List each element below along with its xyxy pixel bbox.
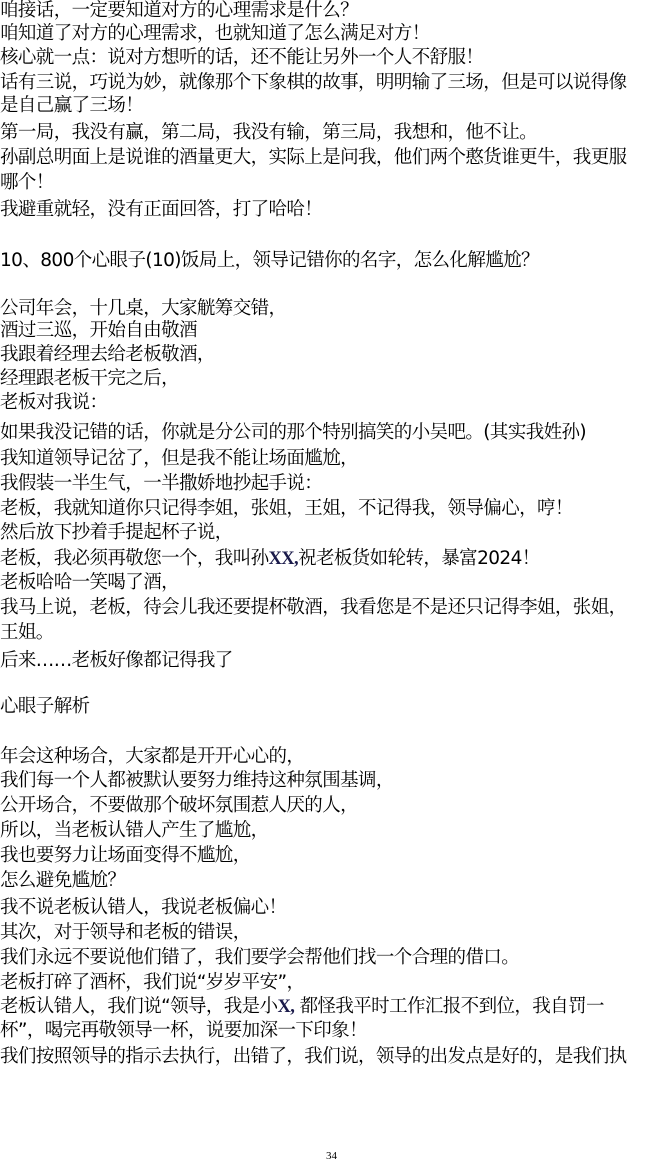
text-line: 第一局，我没有赢，第二局，我没有输，第三局，我想和，他不让。	[0, 122, 537, 144]
story-line: 老板对我说：	[0, 392, 107, 414]
story-line: 我跟着经理去给老板敬酒，	[0, 344, 215, 366]
toast-line-before: 老板，我必须再敬您一个，我叫孙	[0, 548, 269, 569]
story-line: 酒过三巡，开始自由敬酒	[0, 320, 197, 342]
analysis-line: 我也要努力让场面变得不尴尬，	[0, 845, 251, 867]
text-line: 核心就一点：说对方想听的话，还不能让另外一个人不舒服！	[0, 47, 483, 69]
analysis-line: 我们永远不要说他们错了，我们要学会帮他们找一个合理的借口。	[0, 947, 519, 969]
story-line: 如果我没记错的话，你就是分公司的那个特别搞笑的小吴吧。(其实我姓孙)	[0, 422, 586, 444]
story-line: 我知道领导记岔了，但是我不能让场面尴尬，	[0, 448, 358, 470]
analysis-line: 我们每一个人都被默认要努力维持这种氛围基调，	[0, 770, 394, 792]
text-line: 孙副总明面上是说谁的酒量更大，实际上是问我，他们两个憨货谁更牛，我更服	[0, 147, 627, 169]
placeholder-name: XX,	[269, 549, 299, 569]
story-line: 老板哈哈一笑喝了酒，	[0, 572, 179, 594]
story-line: 王姐。	[0, 622, 54, 644]
misname-line-after: 都怪我平时工作汇报不到位，我自罚一	[294, 996, 604, 1017]
story-line: 经理跟老板干完之后，	[0, 368, 179, 390]
analysis-line: 我们按照领导的指示去执行，出错了，我们说，领导的出发点是好的，是我们执	[0, 1046, 627, 1068]
analysis-line: 我不说老板认错人，我说老板偏心！	[0, 897, 286, 919]
misname-line: 老板认错人，我们说“领导，我是小X, 都怪我平时工作汇报不到位，我自罚一	[0, 996, 604, 1018]
analysis-line: 所以，当老板认错人产生了尴尬，	[0, 820, 269, 842]
analysis-line: 其次，对于领导和老板的错误，	[0, 922, 251, 944]
text-line: 我避重就轻，没有正面回答，打了哈哈！	[0, 199, 322, 221]
analysis-line: 杯”，喝完再敬领导一杯，说要加深一下印象！	[0, 1020, 367, 1042]
analysis-line: 年会这种场合，大家都是开开心心的，	[0, 746, 304, 768]
analysis-line: 公开场合，不要做那个破坏氛围惹人厌的人，	[0, 795, 358, 817]
text-line: 咱知道了对方的心理需求，也就知道了怎么满足对方！	[0, 23, 430, 45]
section-heading: 10、800个心眼子(10)饭局上，领导记错你的名字，怎么化解尴尬？	[0, 250, 539, 272]
story-line: 后来……老板好像都记得我了	[0, 650, 233, 672]
analysis-line: 老板打碎了酒杯，我们说“岁岁平安”，	[0, 972, 304, 994]
story-line: 公司年会，十几桌，大家觥筹交错，	[0, 298, 286, 320]
text-line: 哪个！	[0, 172, 54, 194]
story-line: 我马上说，老板，待会儿我还要提杯敬酒，我看您是不是还只记得李姐，张姐，	[0, 597, 627, 619]
text-line: 是自己赢了三场！	[0, 95, 143, 117]
toast-line: 老板，我必须再敬您一个，我叫孙XX,祝老板货如轮转，暴富2024！	[0, 548, 540, 570]
document-page: 咱接话，一定要知道对方的心理需求是什么？ 咱知道了对方的心理需求，也就知道了怎么…	[0, 0, 663, 1165]
page-number: 34	[0, 1150, 663, 1162]
text-line: 话有三说，巧说为妙，就像那个下象棋的故事，明明输了三场，但是可以说得像	[0, 72, 627, 94]
story-line: 老板，我就知道你只记得李姐，张姐，王姐，不记得我，领导偏心，哼！	[0, 498, 573, 520]
analysis-line: 怎么避免尴尬？	[0, 870, 125, 892]
placeholder-name: X,	[278, 997, 295, 1017]
story-line: 我假装一半生气，一半撒娇地抄起手说：	[0, 473, 322, 495]
text-line: 咱接话，一定要知道对方的心理需求是什么？	[0, 0, 358, 22]
toast-line-after: 祝老板货如轮转，暴富2024！	[298, 548, 540, 569]
analysis-heading: 心眼子解析	[0, 696, 90, 718]
story-line: 然后放下抄着手提起杯子说，	[0, 522, 233, 544]
misname-line-before: 老板认错人，我们说“领导，我是小	[0, 996, 278, 1017]
